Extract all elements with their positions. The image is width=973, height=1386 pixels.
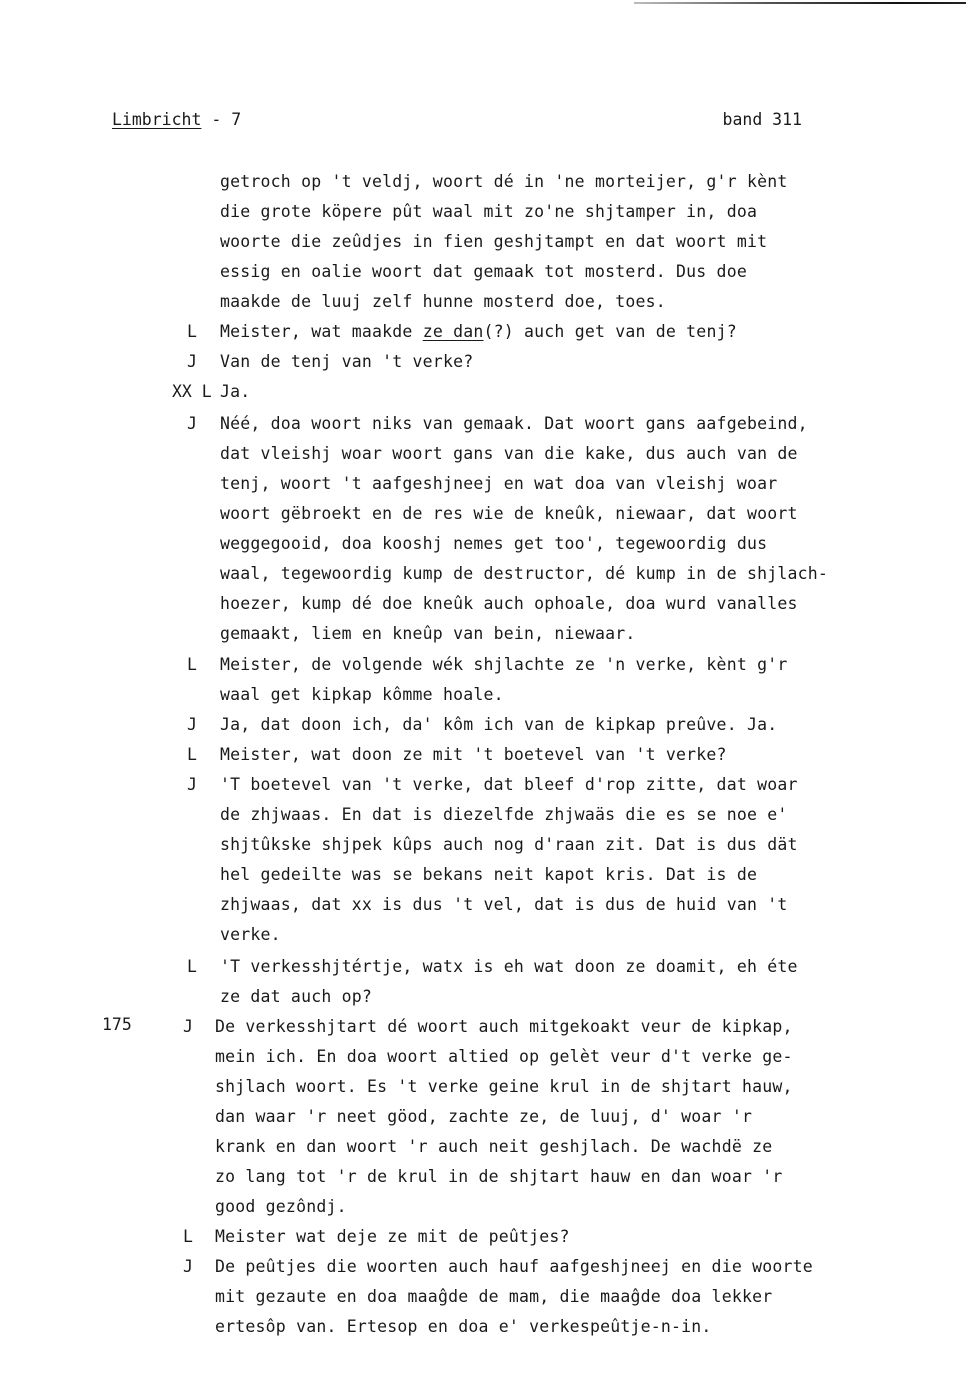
line-text: gemaakt, liem en kneûp van bein, niewaar… [220,622,636,646]
line-text: weggegooid, doa kooshj nemes get too', t… [220,532,767,556]
speaker-label: J [187,713,197,737]
line-text: verke. [220,923,281,947]
line-text: Ja. [220,380,250,404]
line-text: tenj, woort 't aafgeshjneej en wat doa v… [220,472,777,496]
speaker-label: XX L [172,380,212,404]
line-text: Ja, dat doon ich, da' kôm ich van de kip… [220,713,777,737]
line-text: Meister, wat doon ze mit 't boetevel van… [220,743,727,767]
line-text: krank en dan woort 'r auch neit geshjlac… [215,1135,772,1159]
line-text: waal get kipkap kômme hoale. [220,683,504,707]
speaker-label: J [187,350,197,374]
line-text: zhjwaas, dat xx is dus 't vel, dat is du… [220,893,788,917]
line-text: shjtûkske shjpek kûps auch nog d'raan zi… [220,833,798,857]
speaker-label: L [187,955,197,979]
line-text: 'T boetevel van 't verke, dat bleef d'ro… [220,773,798,797]
line-text: hoezer, kump dé doe kneûk auch ophoale, … [220,592,798,616]
line-text: dan waar 'r neet göod, zachte ze, de luu… [215,1105,752,1129]
document-title: Limbricht - 7 [112,110,241,129]
line-text: dat vleishj woar woort gans van die kake… [220,442,798,466]
line-text: Meister wat deje ze mit de peûtjes? [215,1225,570,1249]
line-text: de zhjwaas. En dat is diezelfde zhjwaäs … [220,803,788,827]
line-text: De peûtjes die woorten auch hauf aafgesh… [215,1255,813,1279]
speaker-label: L [187,653,197,677]
line-text: 'T verkesshjtértje, watx is eh wat doon … [220,955,798,979]
band-number: band 311 [723,110,802,129]
page-header: Limbricht - 7 band 311 [112,110,812,134]
line-text: ertesôp van. Ertesop en doa e' verkespeû… [215,1315,712,1339]
line-text: zo lang tot 'r de krul in de shjtart hau… [215,1165,783,1189]
line-text: De verkesshjtart dé woort auch mitgekoak… [215,1015,793,1039]
speaker-label: J [187,412,197,436]
speaker-label: L [187,743,197,767]
speaker-label: J [183,1255,193,1279]
line-text: hel gedeilte was se bekans neit kapot kr… [220,863,757,887]
line-text: Van de tenj van 't verke? [220,350,473,374]
line-text: ze dat auch op? [220,985,372,1009]
line-text: getroch op 't veldj, woort dé in 'ne mor… [220,170,788,194]
line-text: Meister, de volgende wék shjlachte ze 'n… [220,653,788,677]
line-text: essig en oalie woort dat gemaak tot most… [220,260,747,284]
line-text: woorte die zeûdjes in fien geshjtampt en… [220,230,767,254]
line-text: die grote köpere pût waal mit zo'ne shjt… [220,200,757,224]
speaker-label: J [183,1015,193,1039]
underlined-text: ze dan [423,322,484,341]
line-text: shjlach woort. Es 't verke geine krul in… [215,1075,793,1099]
speaker-label: L [187,320,197,344]
line-text: mein ich. En doa woort altied op gelèt v… [215,1045,793,1069]
speaker-label: L [183,1225,193,1249]
line-text: mit gezaute en doa maaĝde de mam, die ma… [215,1285,772,1309]
line-text: woort gëbroekt en de res wie de kneûk, n… [220,502,798,526]
line-text: waal, tegewoordig kump de destructor, dé… [220,562,828,586]
line-text: Néé, doa woort niks van gemaak. Dat woor… [220,412,808,436]
speaker-label: J [187,773,197,797]
line-text: Meister, wat maakde ze dan(?) auch get v… [220,320,737,344]
margin-line-number: 175 [102,1015,132,1034]
line-text: maakde de luuj zelf hunne mosterd doe, t… [220,290,666,314]
top-edge-rule [634,2,966,4]
line-text: good gezôndj. [215,1195,347,1219]
